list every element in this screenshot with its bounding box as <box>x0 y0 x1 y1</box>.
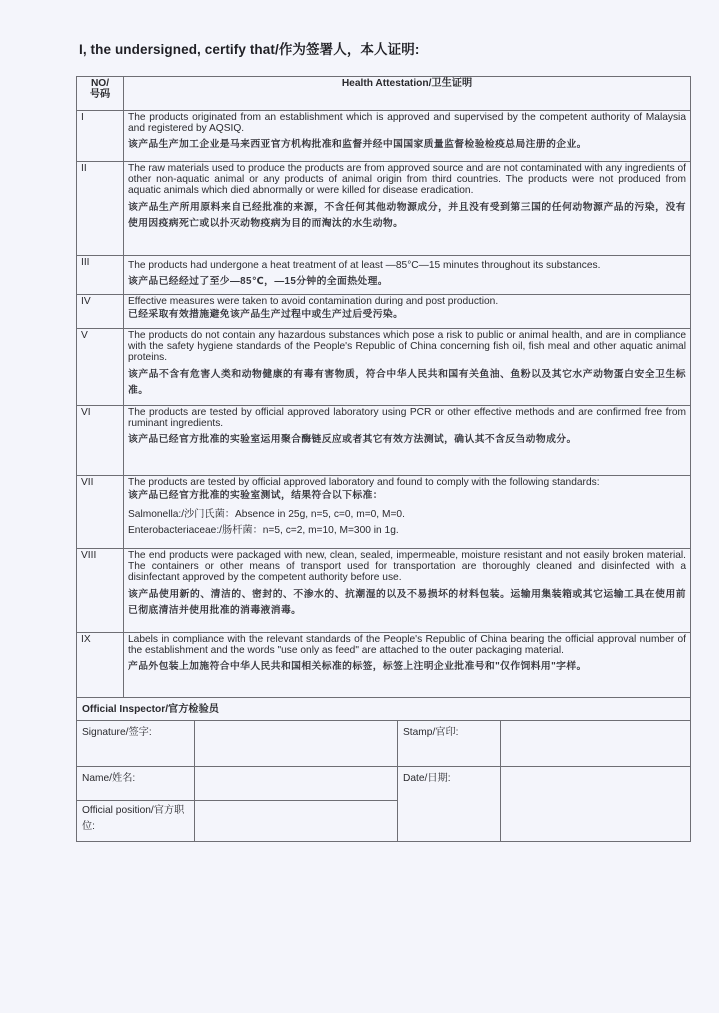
attestation-zh: 该产品生产加工企业是马来西亚官方机构批准和监督并经中国国家质量监督检验检疫总局注… <box>128 137 686 153</box>
attestation-en: The products are tested by official appr… <box>128 407 686 429</box>
health-attestation-table: NO/ 号码 Health Attestation/卫生证明 I The pro… <box>76 76 691 698</box>
row-number: II <box>77 162 124 256</box>
attestation-text: The products are tested by official appr… <box>124 476 691 549</box>
attestation-en: The products had undergone a heat treatm… <box>128 260 686 271</box>
row-number: V <box>77 329 124 406</box>
official-inspector-heading: Official Inspector/官方检验员 <box>77 698 691 721</box>
attestation-zh: 该产品已经官方批准的实验室运用聚合酶链反应或者其它有效方法测试，确认其不含反刍动… <box>128 432 686 448</box>
number-header-zh: 号码 <box>81 89 119 100</box>
row-number: VIII <box>77 549 124 633</box>
stamp-label: Stamp/官印: <box>398 721 501 767</box>
attestation-en: The products originated from an establis… <box>128 112 686 134</box>
attestation-text: The raw materials used to produce the pr… <box>124 162 691 256</box>
row-number: VII <box>77 476 124 549</box>
attestation-zh: 产品外包装上加施符合中华人民共和国相关标准的标签，标签上注明企业批准号和"仅作饲… <box>128 659 686 675</box>
number-column-header: NO/ 号码 <box>77 77 124 111</box>
attestation-text: The end products were packaged with new,… <box>124 549 691 633</box>
attestation-text: Labels in compliance with the relevant s… <box>124 633 691 698</box>
inspector-header-row: Official Inspector/官方检验员 <box>77 698 691 721</box>
signature-row: Signature/签字: Stamp/官印: <box>77 721 691 767</box>
table-row: I The products originated from an establ… <box>77 111 691 162</box>
attestation-zh: 该产品不含有危害人类和动物健康的有毒有害物质，符合中华人民共和国有关鱼油、鱼粉以… <box>128 367 686 399</box>
table-row: IX Labels in compliance with the relevan… <box>77 633 691 698</box>
attestation-zh: 该产品使用新的、清洁的、密封的、不渗水的、抗潮湿的以及不易损坏的材料包装。运输用… <box>128 587 686 619</box>
name-field[interactable] <box>195 767 398 801</box>
position-label: Official position/官方职位: <box>77 801 195 842</box>
attestation-en: The products do not contain any hazardou… <box>128 330 686 364</box>
enterobacteriaceae-standard: Enterobacteriaceae:/肠杆菌：n=5, c=2, m=10, … <box>128 523 686 539</box>
official-inspector-table: Official Inspector/官方检验员 Signature/签字: S… <box>76 697 691 842</box>
position-field[interactable] <box>195 801 398 842</box>
salmonella-standard: Salmonella:/沙门氏菌：Absence in 25g, n=5, c=… <box>128 507 686 523</box>
attestation-text: The products had undergone a heat treatm… <box>124 256 691 295</box>
signature-field[interactable] <box>195 721 398 767</box>
certification-heading: I, the undersigned, certify that/作为签署人，本… <box>79 38 419 58</box>
table-row: II The raw materials used to produce the… <box>77 162 691 256</box>
table-header-row: NO/ 号码 Health Attestation/卫生证明 <box>77 77 691 111</box>
attestation-text: Effective measures were taken to avoid c… <box>124 295 691 329</box>
row-number: IX <box>77 633 124 698</box>
date-field[interactable] <box>501 767 691 842</box>
attestation-zh: 该产品已经经过了至少—85℃，—15分钟的全面热处理。 <box>128 274 686 290</box>
row-number: III <box>77 256 124 295</box>
number-header-en: NO/ <box>81 78 119 89</box>
attestation-en: Effective measures were taken to avoid c… <box>128 296 686 307</box>
row-number: I <box>77 111 124 162</box>
attestation-en: The products are tested by official appr… <box>128 477 686 488</box>
attestation-zh: 该产品已经官方批准的实验室测试，结果符合以下标准： <box>128 488 686 504</box>
attestation-en: The raw materials used to produce the pr… <box>128 163 686 197</box>
name-row: Name/姓名: Date/日期: <box>77 767 691 801</box>
table-row: VII The products are tested by official … <box>77 476 691 549</box>
attestation-text: The products originated from an establis… <box>124 111 691 162</box>
attestation-en: The end products were packaged with new,… <box>128 550 686 584</box>
attestation-zh: 该产品生产所用原料来自已经批准的来源，不含任何其他动物源成分，并且没有受到第三国… <box>128 200 686 232</box>
attestation-column-header: Health Attestation/卫生证明 <box>124 77 691 111</box>
row-number: VI <box>77 406 124 476</box>
stamp-field[interactable] <box>501 721 691 767</box>
attestation-text: The products do not contain any hazardou… <box>124 329 691 406</box>
row-number: IV <box>77 295 124 329</box>
table-row: VI The products are tested by official a… <box>77 406 691 476</box>
attestation-text: The products are tested by official appr… <box>124 406 691 476</box>
table-row: VIII The end products were packaged with… <box>77 549 691 633</box>
name-label: Name/姓名: <box>77 767 195 801</box>
signature-label: Signature/签字: <box>77 721 195 767</box>
table-row: V The products do not contain any hazard… <box>77 329 691 406</box>
attestation-zh: 已经采取有效措施避免该产品生产过程中或生产过后受污染。 <box>128 307 686 323</box>
table-row: IV Effective measures were taken to avoi… <box>77 295 691 329</box>
date-label: Date/日期: <box>398 767 501 842</box>
table-row: III The products had undergone a heat tr… <box>77 256 691 295</box>
attestation-en: Labels in compliance with the relevant s… <box>128 634 686 656</box>
